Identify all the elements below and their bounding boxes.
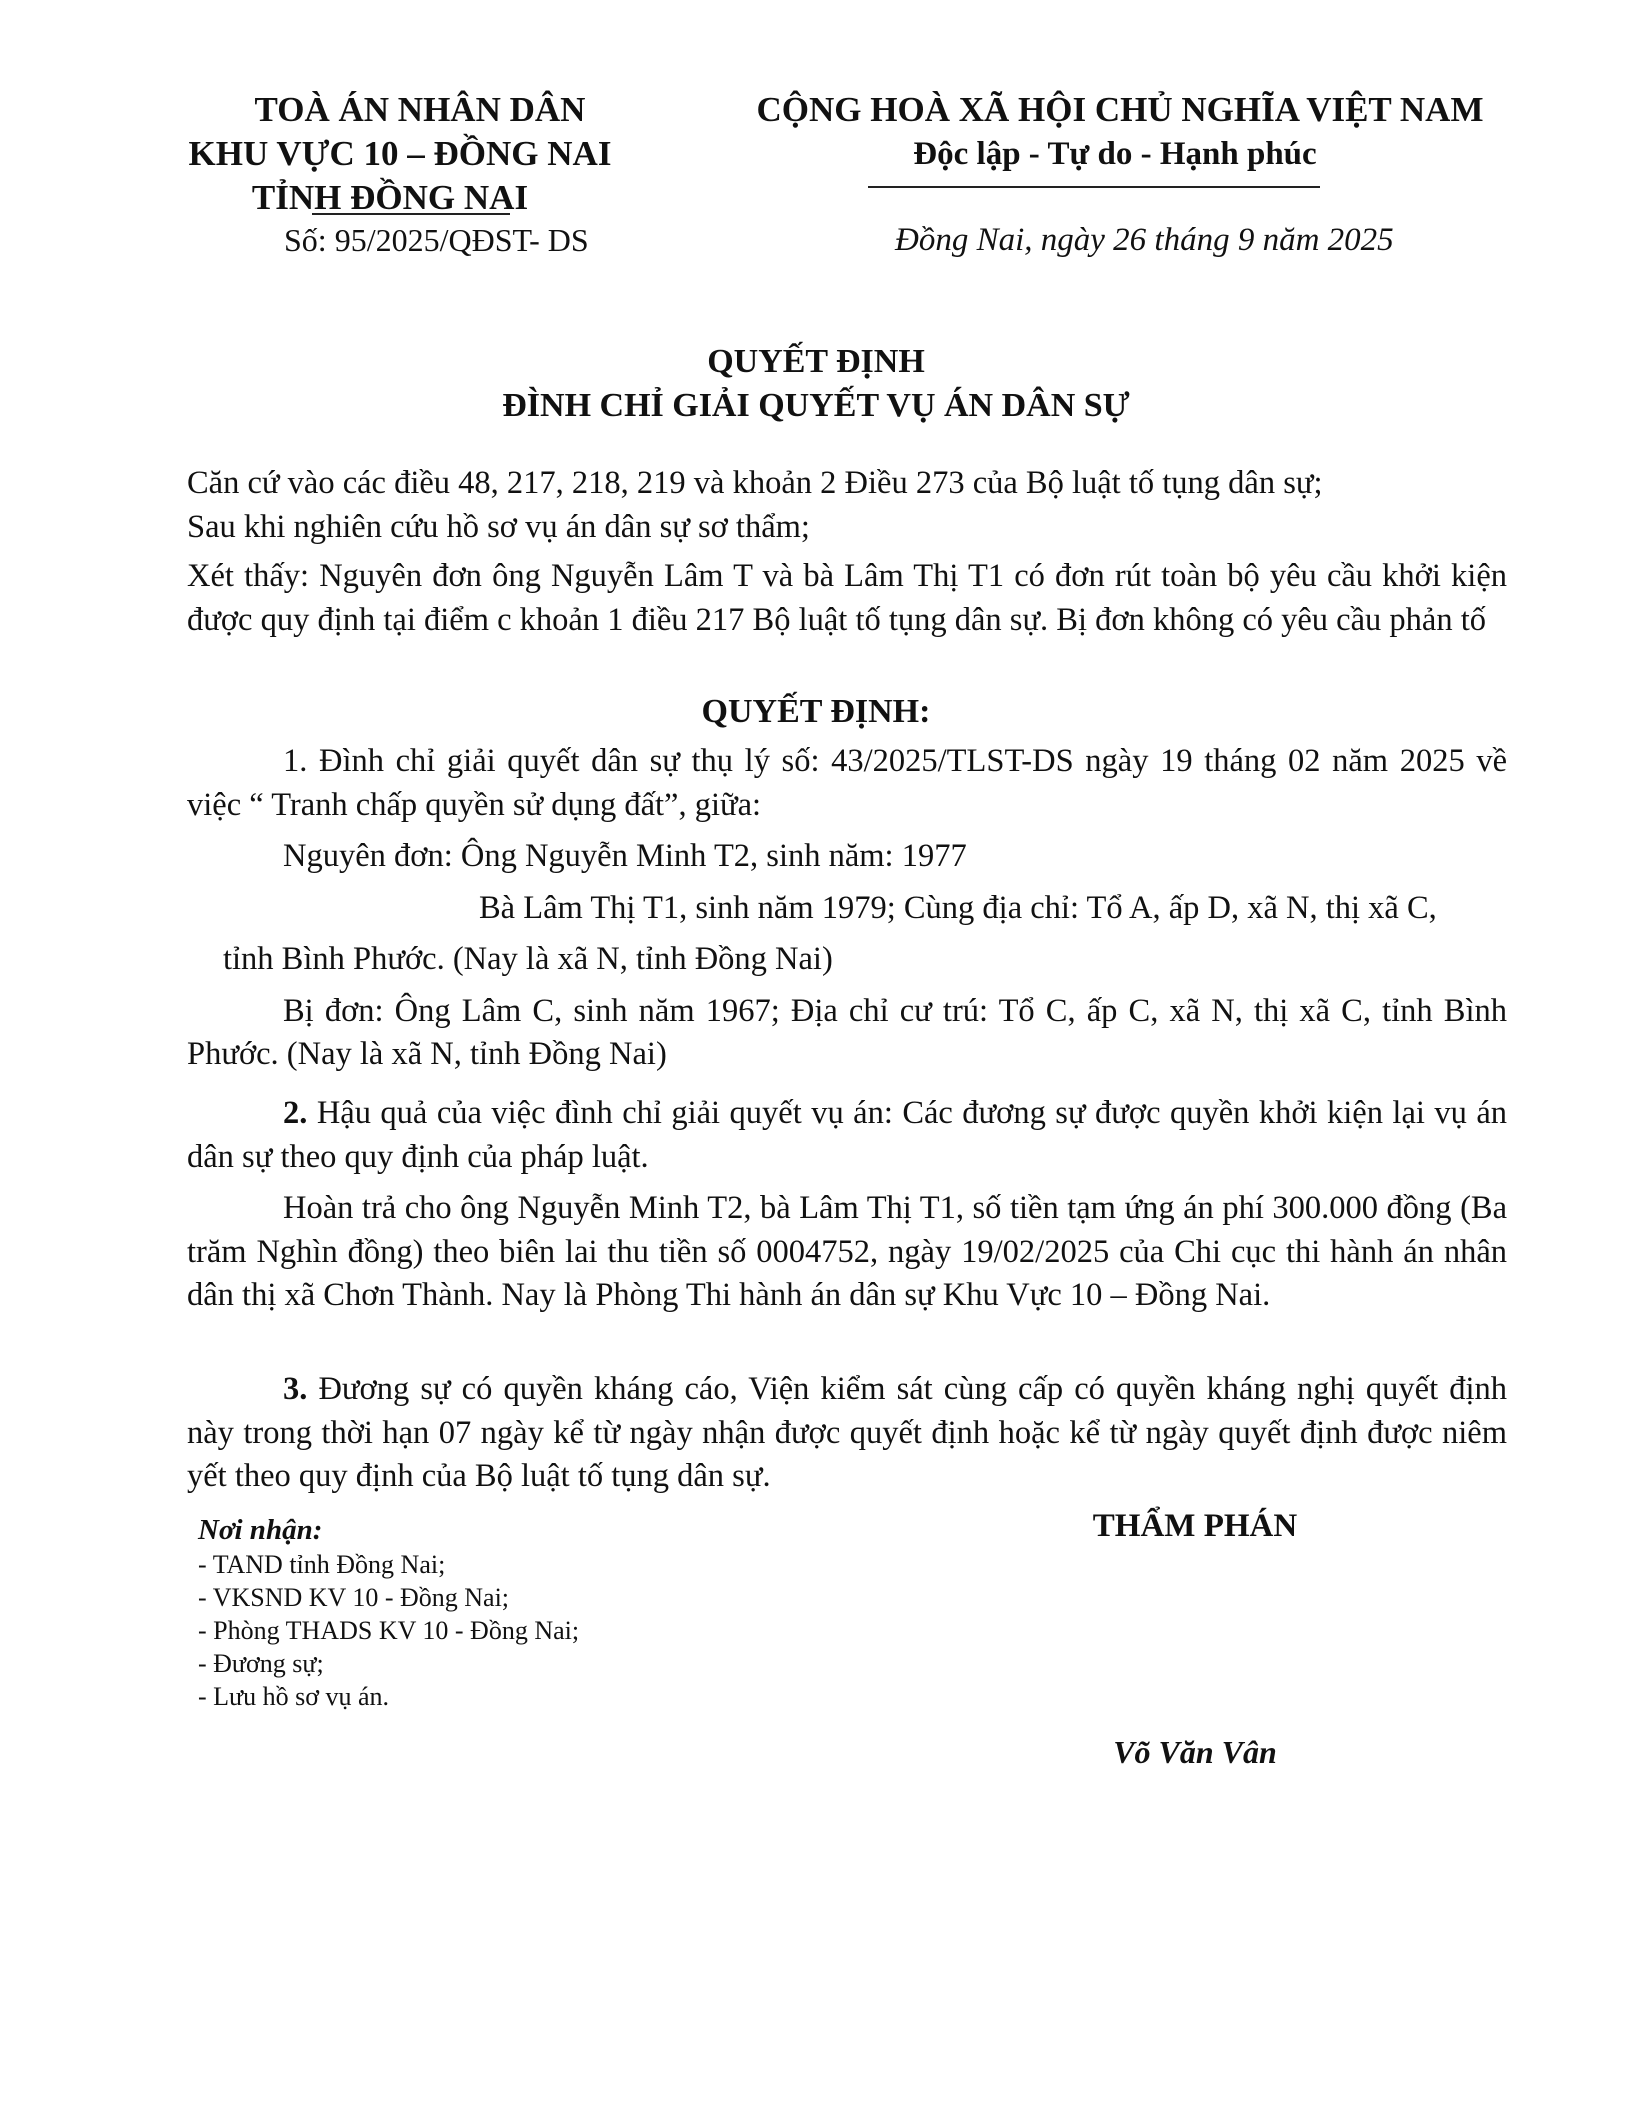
court-region: KHU VỰC 10 – ĐỒNG NAI xyxy=(150,132,650,176)
section-2-number: 2. xyxy=(283,1095,307,1131)
defendant: Bị đơn: Ông Lâm C, sinh năm 1967; Địa ch… xyxy=(187,990,1507,1077)
section-2-body: Hậu quả của việc đình chỉ giải quyết vụ … xyxy=(187,1095,1507,1175)
document-title: QUYẾT ĐỊNH ĐÌNH CHỈ GIẢI QUYẾT VỤ ÁN DÂN… xyxy=(0,340,1632,428)
section-3-body: Đương sự có quyền kháng cáo, Viện kiểm s… xyxy=(187,1371,1507,1494)
signer-title: THẨM PHÁN xyxy=(1000,1504,1390,1548)
nation-block: CỘNG HOÀ XÃ HỘI CHỦ NGHĨA VIỆT NAM Độc l… xyxy=(720,88,1520,176)
recipient-item: - TAND tỉnh Đồng Nai; xyxy=(198,1548,579,1581)
decision-heading: QUYẾT ĐỊNH: xyxy=(0,690,1632,734)
section-2: 2. Hậu quả của việc đình chỉ giải quyết … xyxy=(187,1092,1507,1318)
preamble: Căn cứ vào các điều 48, 217, 218, 219 và… xyxy=(187,462,1507,642)
section-3-number: 3. xyxy=(283,1371,307,1407)
refund-text: Hoàn trả cho ông Nguyễn Minh T2, bà Lâm … xyxy=(187,1187,1507,1318)
plaintiff-2-cont: tỉnh Bình Phước. (Nay là xã N, tỉnh Đồng… xyxy=(187,938,1507,982)
recipient-item: - Đương sự; xyxy=(198,1647,579,1680)
court-underline xyxy=(312,213,510,215)
recipients-block: Nơi nhận: - TAND tỉnh Đồng Nai; - VKSND … xyxy=(198,1512,579,1713)
section-3: 3. Đương sự có quyền kháng cáo, Viện kiể… xyxy=(187,1368,1507,1499)
recipient-item: - Lưu hồ sơ vụ án. xyxy=(198,1680,579,1713)
section-3-text: 3. Đương sự có quyền kháng cáo, Viện kiể… xyxy=(187,1368,1507,1499)
signer-name: Võ Văn Vân xyxy=(1000,1730,1390,1774)
nation-name: CỘNG HOÀ XÃ HỘI CHỦ NGHĨA VIỆT NAM xyxy=(720,88,1520,132)
nation-motto: Độc lập - Tự do - Hạnh phúc xyxy=(720,132,1520,176)
recipient-item: - Phòng THADS KV 10 - Đồng Nai; xyxy=(198,1614,579,1647)
section-2-text: 2. Hậu quả của việc đình chỉ giải quyết … xyxy=(187,1092,1507,1179)
issue-date: Đồng Nai, ngày 26 tháng 9 năm 2025 xyxy=(895,220,1394,260)
plaintiff-2: Bà Lâm Thị T1, sinh năm 1979; Cùng địa c… xyxy=(187,887,1507,931)
recipients-heading: Nơi nhận: xyxy=(198,1512,579,1548)
court-province-prefix: TỈNH xyxy=(252,178,341,217)
case-review: Sau khi nghiên cứu hồ sơ vụ án dân sự sơ… xyxy=(187,506,1507,550)
finding: Xét thấy: Nguyên đơn ông Nguyễn Lâm T và… xyxy=(187,555,1507,642)
title-line1: QUYẾT ĐỊNH xyxy=(0,340,1632,384)
title-line2: ĐÌNH CHỈ GIẢI QUYẾT VỤ ÁN DÂN SỰ xyxy=(0,384,1632,428)
decision-number: Số: 95/2025/QĐST- DS xyxy=(284,220,589,260)
court-name-block: TOÀ ÁN NHÂN DÂN KHU VỰC 10 – ĐỒNG NAI TỈ… xyxy=(150,88,650,220)
court-province-name: ĐỒNG NAI xyxy=(341,178,528,217)
court-name: TOÀ ÁN NHÂN DÂN xyxy=(150,88,650,132)
section-1: 1. Đình chỉ giải quyết dân sự thụ lý số:… xyxy=(187,740,1507,1077)
section-1-text: 1. Đình chỉ giải quyết dân sự thụ lý số:… xyxy=(187,740,1507,827)
plaintiff: Nguyên đơn: Ông Nguyễn Minh T2, sinh năm… xyxy=(187,835,1507,879)
recipient-list: - TAND tỉnh Đồng Nai; - VKSND KV 10 - Đồ… xyxy=(198,1548,579,1713)
recipient-item: - VKSND KV 10 - Đồng Nai; xyxy=(198,1581,579,1614)
legal-basis: Căn cứ vào các điều 48, 217, 218, 219 và… xyxy=(187,462,1507,506)
motto-underline xyxy=(868,186,1320,188)
